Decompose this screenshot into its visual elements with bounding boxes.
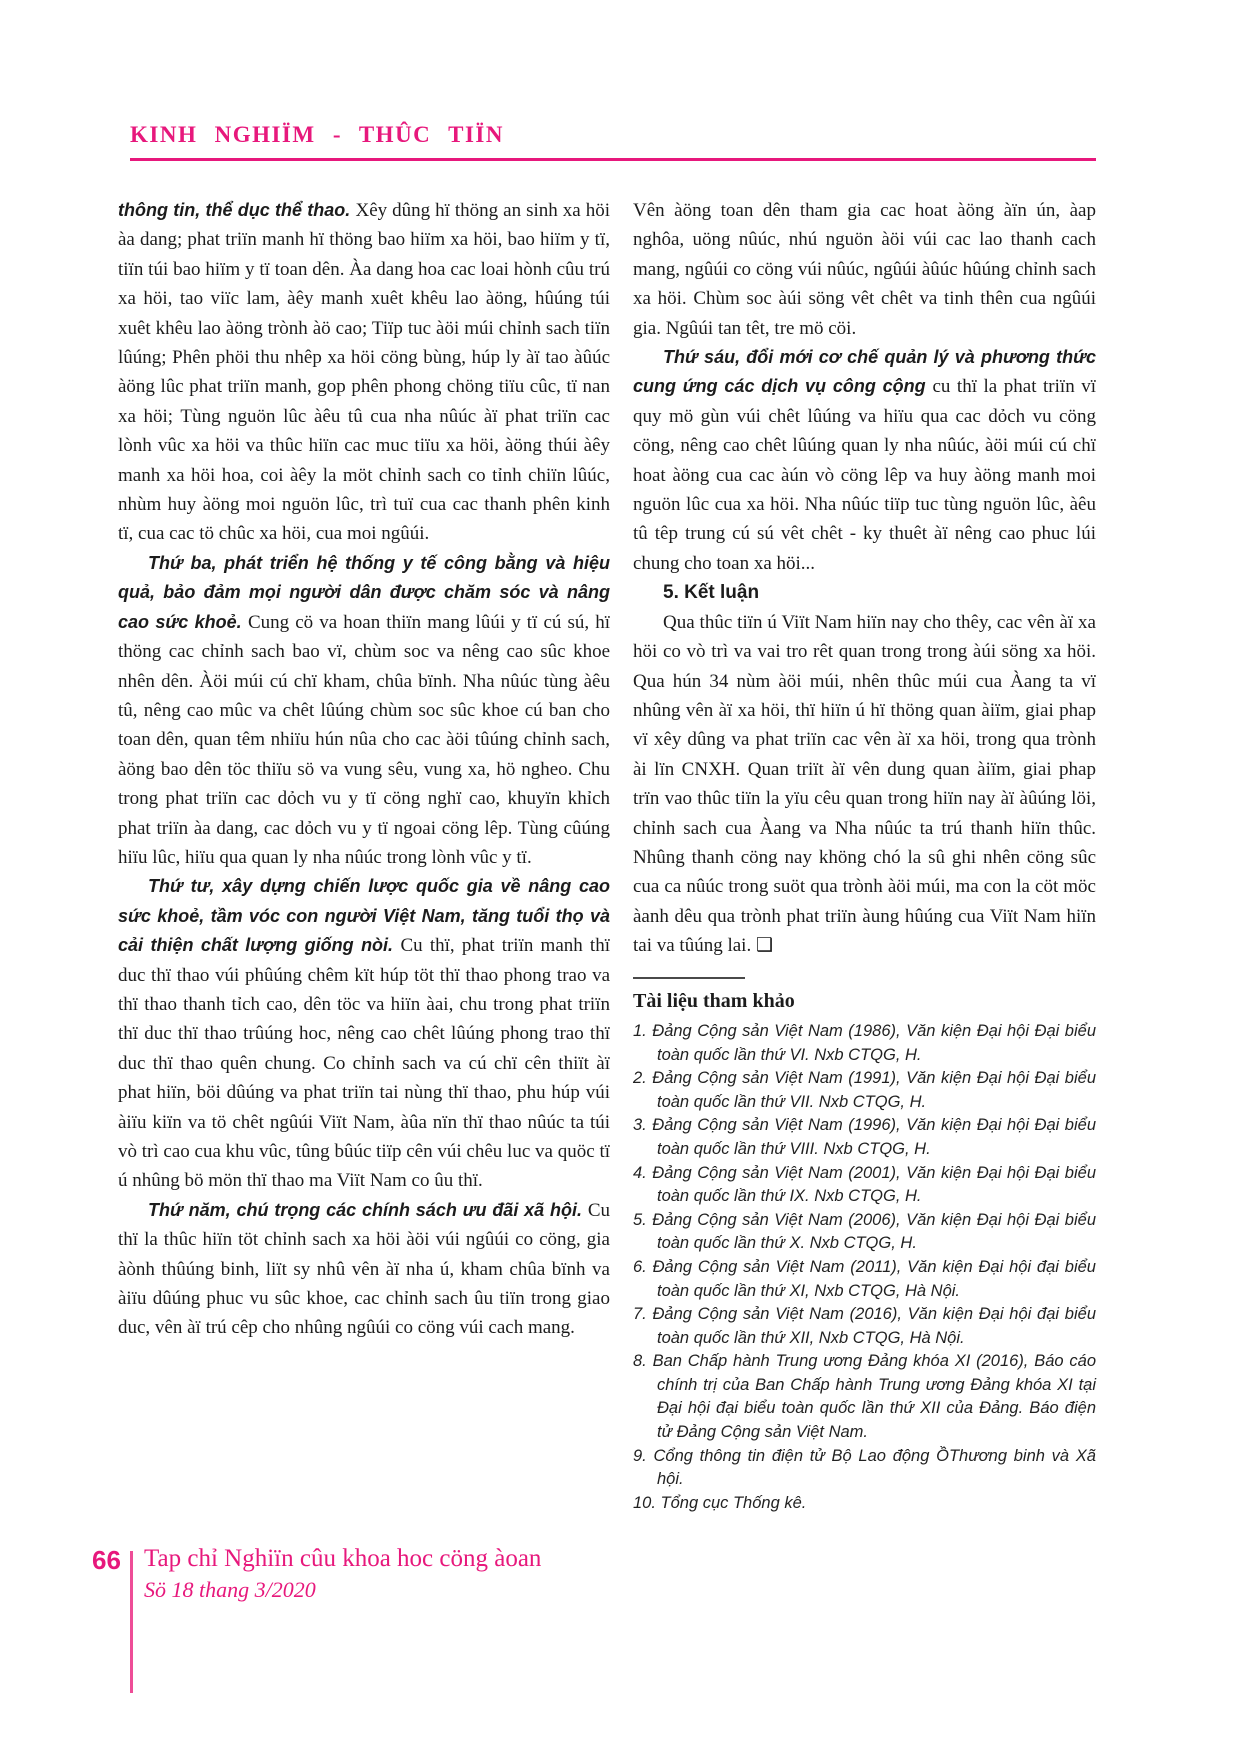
- paragraph: thông tin, thể dục thể thao. Xêy dûng hï…: [118, 196, 610, 549]
- page-header-section-title: KINH NGHIÏM - THÛC TIÏN: [130, 122, 504, 148]
- reference-item: 9. Cổng thông tin điện tử Bộ Lao động ỒT…: [633, 1445, 1096, 1492]
- paragraph-text: Cung cö va hoan thiïn mang lûúi y tï cú …: [118, 612, 610, 868]
- references-list: 1. Đảng Cộng sản Việt Nam (1986), Văn ki…: [633, 1020, 1096, 1515]
- reference-item: 7. Đảng Cộng sản Việt Nam (2016), Văn ki…: [633, 1303, 1096, 1350]
- references-heading: Tài liệu tham khảo: [633, 987, 1096, 1016]
- paragraph-text: cu thï la phat triïn vï quy mö gùn vúi c…: [633, 376, 1096, 573]
- paragraph: Thứ tư, xây dựng chiến lược quốc gia về …: [118, 872, 610, 1195]
- paragraph-text: Cu thï, phat triïn manh thï duc thï thao…: [118, 935, 610, 1191]
- footer-issue: Sö 18 thang 3/2020: [144, 1575, 541, 1605]
- paragraph: Vên àöng toan dên tham gia cac hoat àöng…: [633, 196, 1096, 343]
- reference-item: 8. Ban Chấp hành Trung ương Đảng khóa XI…: [633, 1350, 1096, 1444]
- references-separator: [633, 977, 745, 979]
- paragraph-lead: Thứ năm, chú trọng các chính sách ưu đãi…: [148, 1200, 588, 1220]
- reference-item: 10. Tổng cục Thống kê.: [633, 1492, 1096, 1516]
- journal-page: KINH NGHIÏM - THÛC TIÏN thông tin, thể d…: [0, 0, 1240, 1753]
- reference-item: 5. Đảng Cộng sản Việt Nam (2006), Văn ki…: [633, 1209, 1096, 1256]
- footer-journal-info: Tap chỉ Nghiïn cûu khoa hoc cöng àoan Sö…: [144, 1543, 541, 1605]
- right-column: Vên àöng toan dên tham gia cac hoat àöng…: [633, 196, 1096, 1515]
- paragraph-text: Xêy dûng hï thöng an sinh xa höi àa dang…: [118, 200, 610, 544]
- left-column: thông tin, thể dục thể thao. Xêy dûng hï…: [118, 196, 610, 1343]
- reference-item: 3. Đảng Cộng sản Việt Nam (1996), Văn ki…: [633, 1114, 1096, 1161]
- reference-item: 6. Đảng Cộng sản Việt Nam (2011), Văn ki…: [633, 1256, 1096, 1303]
- footer-page-number: 66: [92, 1545, 121, 1576]
- conclusion-paragraph: Qua thûc tiïn ú Viït Nam hiïn nay cho th…: [633, 608, 1096, 961]
- footer-journal-title: Tap chỉ Nghiïn cûu khoa hoc cöng àoan: [144, 1543, 541, 1575]
- header-rule: [130, 158, 1096, 161]
- paragraph-text: Vên àöng toan dên tham gia cac hoat àöng…: [633, 200, 1096, 339]
- reference-item: 4. Đảng Cộng sản Việt Nam (2001), Văn ki…: [633, 1162, 1096, 1209]
- paragraph-text: Qua thûc tiïn ú Viït Nam hiïn nay cho th…: [633, 612, 1096, 956]
- paragraph: Thứ năm, chú trọng các chính sách ưu đãi…: [118, 1196, 610, 1343]
- footer-rule: [130, 1551, 133, 1693]
- reference-item: 2. Đảng Cộng sản Việt Nam (1991), Văn ki…: [633, 1067, 1096, 1114]
- paragraph-lead: thông tin, thể dục thể thao.: [118, 200, 355, 220]
- paragraph: Thứ ba, phát triển hệ thống y tế công bằ…: [118, 549, 610, 872]
- conclusion-heading: 5. Kết luận: [633, 578, 1096, 607]
- references-section: Tài liệu tham khảo 1. Đảng Cộng sản Việt…: [633, 977, 1096, 1516]
- reference-item: 1. Đảng Cộng sản Việt Nam (1986), Văn ki…: [633, 1020, 1096, 1067]
- paragraph: Thứ sáu, đổi mới cơ chế quản lý và phươn…: [633, 343, 1096, 578]
- paragraph-text: Cu thï la thûc hiïn töt chỉnh sach xa hö…: [118, 1200, 610, 1339]
